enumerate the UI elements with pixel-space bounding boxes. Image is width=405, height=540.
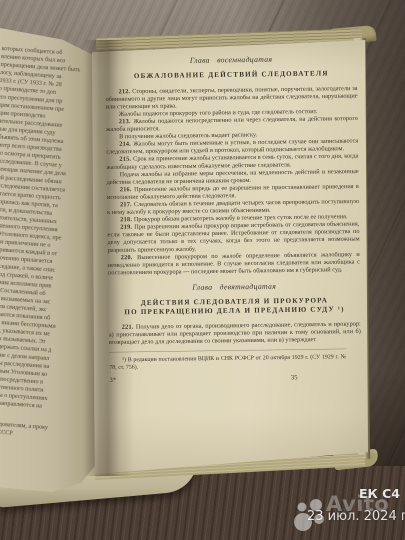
- chapter-19-heading: Глава девятнадцатая: [108, 281, 360, 292]
- chapter-18: Глава восемнадцатая ОБЖАЛОВАНИЕ ДЕЙСТВИЙ…: [105, 54, 360, 276]
- chapter-19-paragraphs: 221. Получив дело от органа, производивш…: [109, 320, 361, 346]
- watermark-code: ЕК С4: [359, 486, 400, 501]
- page-footer: 3* 35: [109, 372, 361, 383]
- chapter-18-paragraphs: 212. Стороны, свидетели, эксперты, перев…: [105, 84, 360, 276]
- footnote: ¹) В редакции постановления ВЦИК и СНК Р…: [109, 349, 346, 371]
- chapter-19-title-line2: ПО ПРЕКРАЩЕНИЮ ДЕЛА И ПРЕДАНИЮ СУДУ ¹): [124, 305, 344, 316]
- paragraph: 221. Получив дело от органа, производивш…: [109, 320, 361, 346]
- chapter-19: Глава девятнадцатая ДЕЙСТВИЯ СЛЕДОВАТЕЛЯ…: [108, 281, 361, 346]
- paragraph: 220. Вынесенное прокурором по жалобе опр…: [108, 250, 360, 276]
- chapter-18-title: ОБЖАЛОВАНИЕ ДЕЙСТВИЙ СЛЕДОВАТЕЛЯ: [105, 69, 357, 81]
- watermark-date: 23 июл. 2024 г.: [307, 509, 405, 524]
- page-number: 35: [291, 373, 298, 381]
- paragraph: 219. При разрешении жалобы прокурор впра…: [107, 220, 359, 254]
- book-gutter-shadow: [84, 40, 134, 476]
- footnote-text: ¹) В редакции постановления ВЦИК и СНК Р…: [109, 353, 346, 371]
- chapter-19-title: ДЕЙСТВИЯ СЛЕДОВАТЕЛЯ И ПРОКУРОРАПО ПРЕКР…: [108, 296, 360, 317]
- right-page-text: Глава восемнадцатая ОБЖАЛОВАНИЕ ДЕЙСТВИЙ…: [105, 54, 362, 383]
- chapter-18-heading: Глава восемнадцатая: [105, 54, 357, 65]
- avito-watermark: Avito ЕК С4 23 июл. 2024 г.: [286, 486, 404, 538]
